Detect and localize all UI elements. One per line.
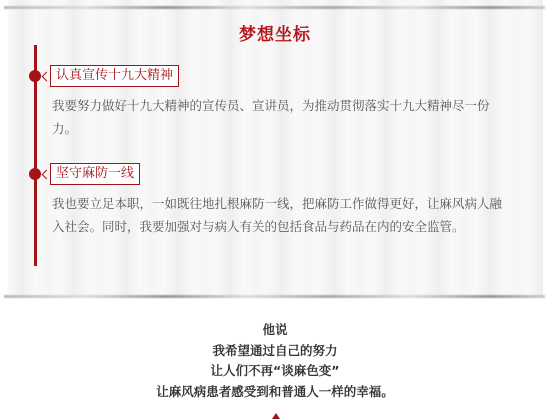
section-title: 梦想坐标 <box>0 20 550 45</box>
timeline-label-2: 坚守麻防一线 <box>50 163 140 185</box>
quote-block: 他说 我希望通过自己的努力 让人们不再“谈麻色变” 让麻风病患者感受到和普通人一… <box>0 320 550 402</box>
quote-line: 我希望通过自己的努力 <box>0 341 550 362</box>
timeline-text-1: 我要努力做好十九大精神的宣传员、宣讲员，为推动贯彻落实十九大精神尽一份力。 <box>52 94 512 140</box>
quote-line: 让麻风病患者感受到和普通人一样的幸福。 <box>0 382 550 403</box>
timeline-dot-icon <box>29 70 41 82</box>
timeline-dot-icon <box>29 168 41 180</box>
card-top-edge <box>4 6 545 9</box>
quote-line: 他说 <box>0 320 550 341</box>
timeline-text-2: 我也要立足本职，一如既往地扎根麻防一线，把麻防工作做得更好，让麻风病人融入社会。… <box>52 192 512 238</box>
timeline-label-1: 认真宣传十九大精神 <box>50 65 179 87</box>
triangle-marker-icon <box>272 413 280 419</box>
card-bottom-edge <box>4 295 545 298</box>
quote-line: 让人们不再“谈麻色变” <box>0 361 550 382</box>
